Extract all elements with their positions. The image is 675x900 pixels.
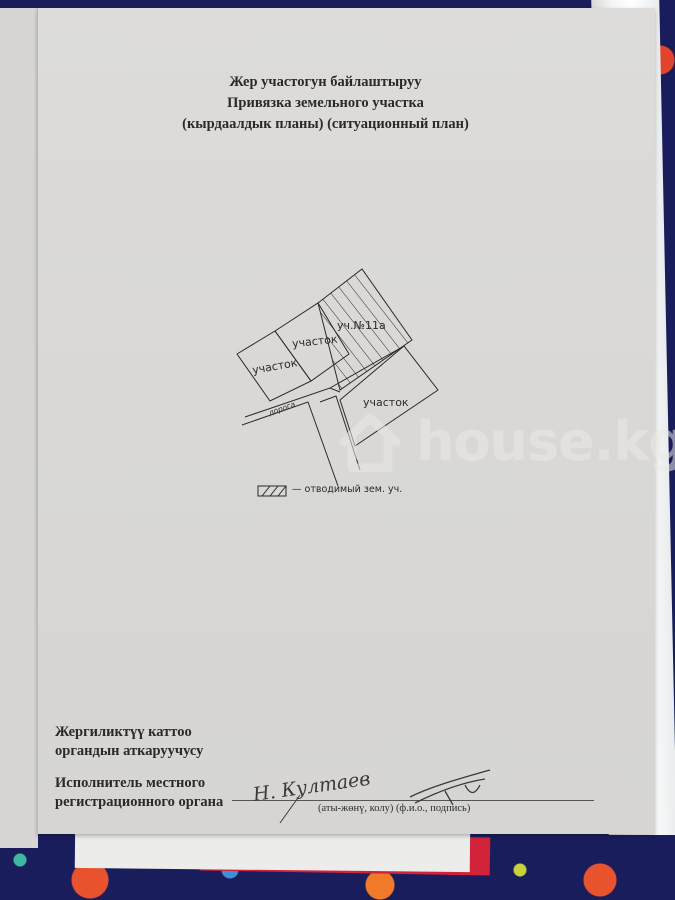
- plot-label-right: участок: [363, 396, 409, 409]
- footer-russian-line1: Исполнитель местного: [55, 774, 223, 793]
- handwritten-signature: Н. Култаев: [240, 765, 510, 825]
- svg-text:Н. Култаев: Н. Култаев: [251, 768, 372, 806]
- footer-kyrgyz-line1: Жергиликтүү каттоо: [55, 723, 203, 742]
- legend-hatch-icon: [258, 486, 286, 496]
- signature-caption: (аты-жөнү, колу) (ф.и.о., подпись): [318, 803, 470, 814]
- plot-label-target: уч.№11а: [337, 319, 386, 332]
- watermark: house.kg: [338, 410, 675, 473]
- house-icon: [338, 412, 402, 472]
- legend-text: — отводимый зем. уч.: [292, 484, 402, 495]
- footer-russian-line2: регистрационного органа: [55, 793, 223, 812]
- watermark-text: house.kg: [416, 410, 675, 473]
- footer-russian: Исполнитель местного регистрационного ор…: [55, 774, 223, 812]
- footer-kyrgyz-line2: органдын аткаруучусу: [55, 742, 203, 761]
- footer-kyrgyz: Жергиликтүү каттоо органдын аткаруучусу: [55, 723, 203, 761]
